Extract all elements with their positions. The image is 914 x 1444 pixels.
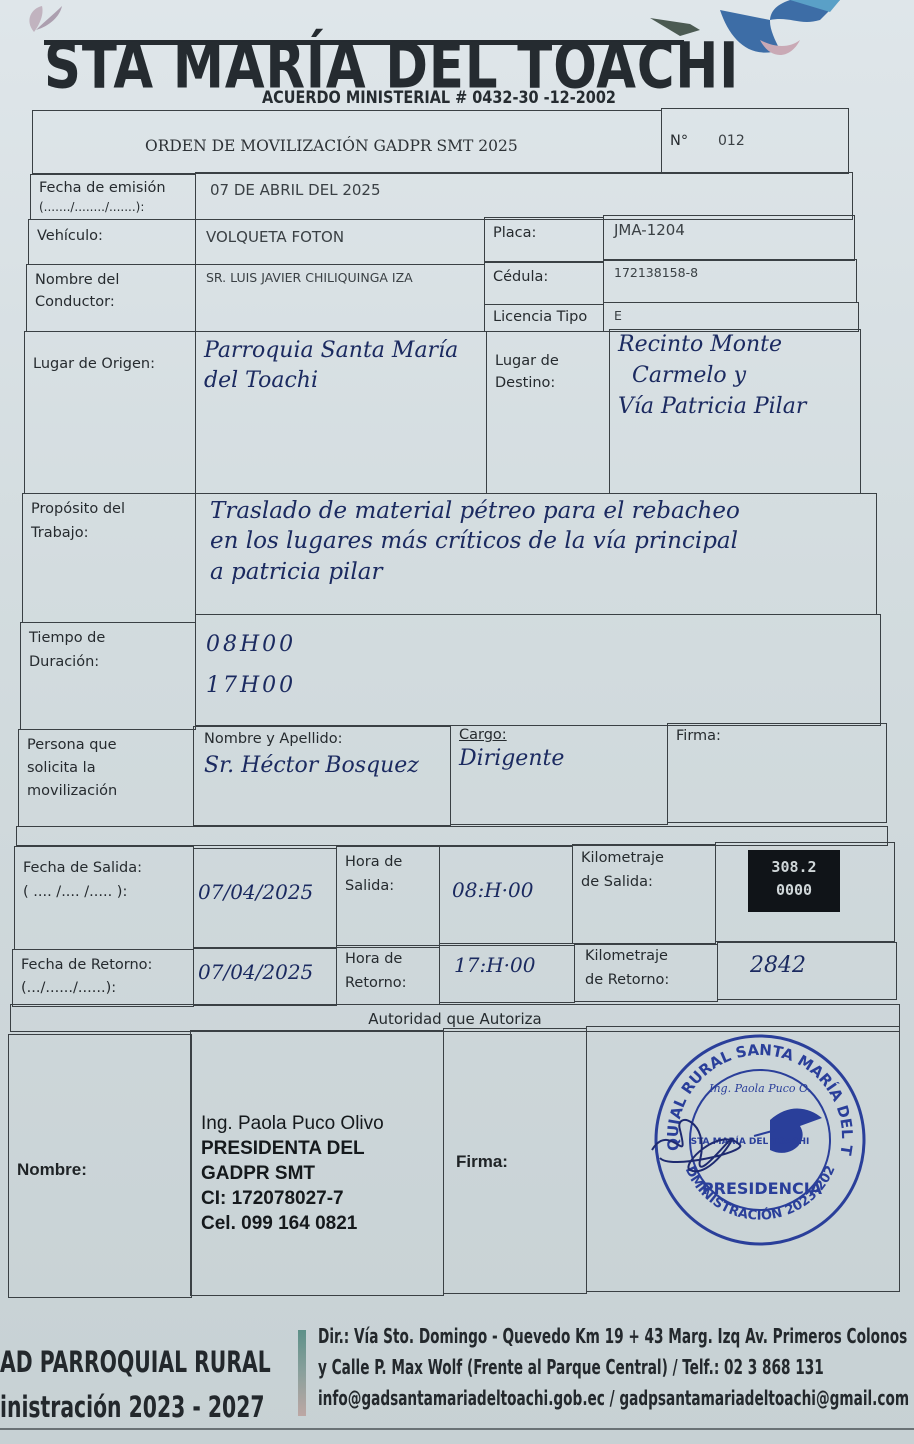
id-card-label: Cédula: <box>484 261 604 305</box>
duration-label-line1: Tiempo de <box>29 627 187 651</box>
departure-time-label-line2: Salida: <box>345 875 431 899</box>
plate-value: JMA-1204 <box>603 215 855 261</box>
footer-email-line[interactable]: info@gadsantamariadeltoachi.gob.ec / gad… <box>318 1383 909 1414</box>
return-km-label-line1: Kilometraje <box>585 945 707 969</box>
stamp-inner-name: Ing. Paola Puco O. <box>708 1082 811 1095</box>
return-km-value: 2842 <box>717 942 897 1000</box>
purpose-line1: Traslado de material pétreo para el reba… <box>210 496 862 526</box>
return-time-label-line2: Retorno: <box>345 972 431 996</box>
license-type-value: E <box>603 302 859 332</box>
requester-name-cell: Nombre y Apellido: Sr. Héctor Bosquez <box>193 726 451 826</box>
purpose-label-line1: Propósito del <box>31 498 187 522</box>
footer-contact: Dir.: Vía Sto. Domingo - Quevedo Km 19 +… <box>318 1321 909 1413</box>
issue-date-value: 07 DE ABRIL DEL 2025 <box>195 172 853 220</box>
destination-label-line1: Lugar de <box>495 350 601 372</box>
footer-left-line1: AD PARROQUIAL RURAL <box>0 1340 271 1385</box>
issue-date-label-cell: Fecha de emisión (......./......../.....… <box>30 174 196 220</box>
purpose-label-cell: Propósito del Trabajo: <box>22 493 196 623</box>
requester-label-line3: movilización <box>27 780 185 803</box>
duration-end: 17H00 <box>206 666 870 707</box>
origin-label: Lugar de Origen: <box>24 331 196 494</box>
plate-label: Placa: <box>484 217 604 263</box>
authority-signature-label: Firma: <box>456 1149 508 1175</box>
departure-km-label-line2: de Salida: <box>581 871 707 895</box>
official-stamp-icon: PARROQUIAL RURAL SANTA MARÍA DEL TOACHI … <box>650 1030 870 1250</box>
destination-label-cell: Lugar de Destino: <box>486 331 610 494</box>
form-title: ORDEN DE MOVILIZACIÓN GADPR SMT 2025 <box>145 135 518 158</box>
requester-label-cell: Persona que solicita la movilización <box>18 729 194 827</box>
destination-label-line2: Destino: <box>495 372 601 394</box>
footer-accent-bar <box>298 1330 306 1416</box>
footer-org-name: AD PARROQUIAL RURAL inistración 2023 - 2… <box>0 1340 271 1430</box>
footer-divider <box>0 1428 914 1430</box>
duration-label-cell: Tiempo de Duración: <box>20 622 196 730</box>
driver-label-line2: Conductor: <box>35 291 187 313</box>
departure-km-label-cell: Kilometraje de Salida: <box>572 844 716 944</box>
ministerial-agreement: ACUERDO MINISTERIAL # 0432-30 -12-2002 <box>262 88 616 108</box>
odometer-line2: 0000 <box>748 879 840 902</box>
requester-label-line2: solicita la <box>27 757 185 780</box>
authority-ci: CI: 172078027-7 <box>201 1186 433 1211</box>
requester-role-label: Cargo: <box>459 728 659 744</box>
footer-address-line1: Dir.: Vía Sto. Domingo - Quevedo Km 19 +… <box>318 1321 909 1352</box>
authority-role-line1: PRESIDENTA DEL <box>201 1136 433 1161</box>
return-km-label-cell: Kilometraje de Retorno: <box>574 944 718 1002</box>
footer-left-line2: inistración 2023 - 2027 <box>0 1385 271 1430</box>
destination-line1: Recinto Monte <box>618 330 852 361</box>
destination-value-cell: Recinto Monte Carmelo y Vía Patricia Pil… <box>609 329 861 494</box>
departure-date-format: ( .... /.... /..... ): <box>23 881 185 905</box>
duration-start: 08H00 <box>206 625 870 666</box>
issue-date-label: Fecha de emisión <box>39 179 187 199</box>
purpose-value-cell: Traslado de material pétreo para el reba… <box>195 493 877 615</box>
departure-date-label: Fecha de Salida: <box>23 857 185 881</box>
driver-label-line1: Nombre del <box>35 269 187 291</box>
vehicle-label: Vehículo: <box>28 219 196 265</box>
return-date-value: 07/04/2025 <box>193 948 337 1006</box>
order-number-cell: N° 012 <box>661 108 849 174</box>
purpose-line2: en los lugares más críticos de la vía pr… <box>210 526 862 556</box>
return-time-label-cell: Hora de Retorno: <box>336 947 440 1005</box>
stamp-center-text: PRESIDENCIA <box>702 1179 823 1198</box>
authority-name-label-cell: Nombre: <box>8 1034 192 1298</box>
order-number-label: N° <box>670 131 688 153</box>
authority-details-cell: Ing. Paola Puco Olivo PRESIDENTA DEL GAD… <box>190 1030 444 1296</box>
departure-date-label-cell: Fecha de Salida: ( .... /.... /..... ): <box>14 846 194 950</box>
order-number-value: 012 <box>718 131 745 152</box>
authority-phone: Cel. 099 164 0821 <box>201 1211 433 1236</box>
departure-date-value: 07/04/2025 <box>193 848 337 948</box>
return-time-label-line1: Hora de <box>345 948 431 972</box>
origin-line2: del Toachi <box>204 366 478 396</box>
requester-role-value: Dirigente <box>459 744 659 774</box>
destination-line3: Vía Patricia Pilar <box>618 392 852 423</box>
duration-label-line2: Duración: <box>29 651 187 675</box>
authority-name-label: Nombre: <box>17 1157 87 1183</box>
requester-name-label: Nombre y Apellido: <box>204 729 440 751</box>
purpose-label-line2: Trabajo: <box>31 522 187 546</box>
destination-line2: Carmelo y <box>618 361 852 392</box>
issue-date-format: (......./......../.......): <box>39 199 187 215</box>
return-km-label-line2: de Retorno: <box>585 969 707 993</box>
form-title-cell: ORDEN DE MOVILIZACIÓN GADPR SMT 2025 <box>32 110 662 174</box>
authority-name: Ing. Paola Puco Olivo <box>201 1111 433 1136</box>
footer-address-line2: y Calle P. Max Wolf (Frente al Parque Ce… <box>318 1352 909 1383</box>
departure-km-label-line1: Kilometraje <box>581 847 707 871</box>
return-date-label: Fecha de Retorno: <box>21 954 185 977</box>
duration-value-cell: 08H00 17H00 <box>195 614 881 726</box>
requester-name-value: Sr. Héctor Bosquez <box>204 751 440 781</box>
departure-time-label-line1: Hora de <box>345 851 431 875</box>
requester-label-line1: Persona que <box>27 734 185 757</box>
return-time-value: 17:H·00 <box>439 945 575 1003</box>
requester-role-cell: Cargo: Dirigente <box>450 725 668 825</box>
origin-line1: Parroquia Santa María <box>204 336 478 366</box>
origin-value-cell: Parroquia Santa María del Toachi <box>195 331 487 494</box>
driver-label-cell: Nombre del Conductor: <box>26 264 196 332</box>
purpose-line3: a patricia pilar <box>210 557 862 587</box>
vehicle-value: VOLQUETA FOTON <box>195 219 485 265</box>
authority-role-line2: GADPR SMT <box>201 1161 433 1186</box>
return-date-label-cell: Fecha de Retorno: (.../....../......): <box>12 949 194 1007</box>
license-type-label: Licencia Tipo <box>484 304 604 332</box>
odometer-line1: 308.2 <box>748 856 840 879</box>
return-date-format: (.../....../......): <box>21 977 185 1000</box>
odometer-photo: 308.2 0000 <box>748 846 840 912</box>
departure-time-label-cell: Hora de Salida: <box>336 846 440 946</box>
driver-name-value: SR. LUIS JAVIER CHILIQUINGA IZA <box>195 264 485 332</box>
requester-signature-label: Firma: <box>667 723 887 823</box>
departure-time-value: 08:H·00 <box>439 846 573 944</box>
authority-signature-label-cell: Firma: <box>443 1028 587 1294</box>
id-card-value: 172138158-8 <box>603 259 857 303</box>
